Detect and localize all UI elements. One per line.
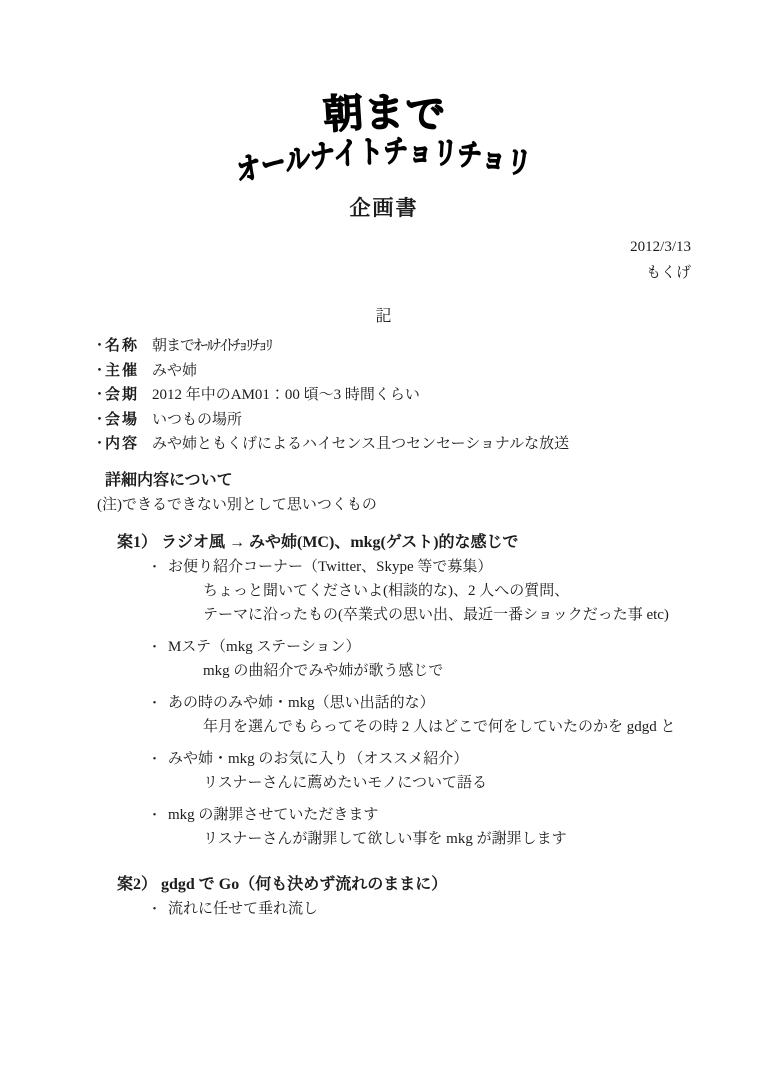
overview-row-name: ・ 名称 朝までｵｰﾙﾅｲﾄﾁｮﾘﾁｮﾘ [92, 334, 768, 359]
overview-value: みや姉ともくげによるハイセンス且つセンセーショナルな放送 [152, 432, 768, 457]
overview-row-content: ・ 内容 みや姉ともくげによるハイセンス且つセンセーショナルな放送 [92, 432, 768, 457]
plan-items: ・ お便り紹介コーナー（Twitter、Skype 等で募集） ちょっと聞いてく… [148, 555, 768, 851]
logo-graphic: 朝まで オールナイトチョリチョリ [214, 88, 554, 188]
item-main: ・ Mステ（mkg ステーション） [148, 635, 768, 659]
bullet-icon: ・ [92, 432, 105, 457]
logo: 朝まで オールナイトチョリチョリ [0, 0, 768, 188]
bullet-icon: ・ [148, 555, 168, 579]
item-subline: テーマに沿ったもの(卒業式の思い出、最近一番ショックだった事 etc) [203, 603, 768, 627]
doc-date: 2012/3/13 [0, 234, 691, 260]
item-main: ・ mkg の謝罪させていただきます [148, 803, 768, 827]
plan-title: 案1） ラジオ風 → みや姉(MC)、mkg(ゲスト)的な感じで [117, 531, 768, 555]
item-subline: 年月を選んでもらってその時 2 人はどこで何をしていたのかを gdgd と [203, 715, 768, 739]
item-main: ・ みや姉・mkg のお気に入り（オススメ紹介） [148, 747, 768, 771]
overview-value: いつもの場所 [152, 408, 768, 433]
plan-items: ・ 流れに任せて垂れ流し [148, 897, 768, 921]
logo-line2: オールナイトチョリチョリ [234, 133, 533, 190]
logo-line1: 朝まで [322, 90, 447, 139]
item-text: Mステ（mkg ステーション） [168, 635, 768, 659]
bullet-icon: ・ [148, 747, 168, 771]
item-text: あの時のみや姉・mkg（思い出話的な） [168, 691, 768, 715]
plan-item: ・ みや姉・mkg のお気に入り（オススメ紹介） リスナーさんに薦めたいモノにつ… [148, 747, 768, 795]
plan-title: 案2） gdgd で Go（何も決めず流れのままに） [117, 873, 768, 897]
meta-block: 2012/3/13 もくげ [0, 234, 768, 286]
overview-row-venue: ・ 会場 いつもの場所 [92, 408, 768, 433]
bullet-icon: ・ [148, 691, 168, 715]
record-mark: 記 [0, 306, 768, 328]
plan-item: ・ お便り紹介コーナー（Twitter、Skype 等で募集） ちょっと聞いてく… [148, 555, 768, 627]
item-subline: ちょっと聞いてくださいよ(相談的な)、2 人への質問、 [203, 579, 768, 603]
item-text: mkg の謝罪させていただきます [168, 803, 768, 827]
svg-text:朝まで: 朝まで [322, 90, 447, 139]
doc-author: もくげ [0, 260, 691, 286]
details-note: (注)できるできない別として思いつくもの [97, 493, 768, 517]
plan-1: 案1） ラジオ風 → みや姉(MC)、mkg(ゲスト)的な感じで ・ お便り紹介… [117, 531, 768, 851]
svg-text:オールナイトチョリチョリ: オールナイトチョリチョリ [234, 133, 533, 190]
item-text: 流れに任せて垂れ流し [168, 897, 768, 921]
overview-row-period: ・ 会期 2012 年中のAM01：00 頃～3 時間くらい [92, 383, 768, 408]
overview-label: 名称 [105, 334, 152, 359]
item-text: みや姉・mkg のお気に入り（オススメ紹介） [168, 747, 768, 771]
overview-value: 朝までｵｰﾙﾅｲﾄﾁｮﾘﾁｮﾘ [152, 334, 768, 359]
item-main: ・ お便り紹介コーナー（Twitter、Skype 等で募集） [148, 555, 768, 579]
overview-row-host: ・ 主催 みや姉 [92, 359, 768, 384]
item-text: お便り紹介コーナー（Twitter、Skype 等で募集） [168, 555, 768, 579]
plan-item: ・ Mステ（mkg ステーション） mkg の曲紹介でみや姉が歌う感じで [148, 635, 768, 683]
item-subline: mkg の曲紹介でみや姉が歌う感じで [203, 659, 768, 683]
bullet-icon: ・ [92, 359, 105, 384]
bullet-icon: ・ [92, 334, 105, 359]
bullet-icon: ・ [92, 383, 105, 408]
overview-label: 主催 [105, 359, 152, 384]
plan-item: ・ mkg の謝罪させていただきます リスナーさんが謝罪して欲しい事を mkg … [148, 803, 768, 851]
plan-2: 案2） gdgd で Go（何も決めず流れのままに） ・ 流れに任せて垂れ流し [117, 873, 768, 921]
details-heading: 詳細内容について [105, 469, 768, 493]
item-subline: リスナーさんに薦めたいモノについて語る [203, 771, 768, 795]
plan-item: ・ 流れに任せて垂れ流し [148, 897, 768, 921]
document-page: 朝まで オールナイトチョリチョリ 企画書 2012/3/13 もくげ 記 ・ 名… [0, 0, 768, 1087]
bullet-icon: ・ [148, 897, 168, 921]
page-title: 企画書 [0, 194, 768, 222]
bullet-icon: ・ [92, 408, 105, 433]
item-subline: リスナーさんが謝罪して欲しい事を mkg が謝罪します [203, 827, 768, 851]
overview-value: みや姉 [152, 359, 768, 384]
item-main: ・ あの時のみや姉・mkg（思い出話的な） [148, 691, 768, 715]
overview-label: 会期 [105, 383, 152, 408]
plan-item: ・ あの時のみや姉・mkg（思い出話的な） 年月を選んでもらってその時 2 人は… [148, 691, 768, 739]
overview-list: ・ 名称 朝までｵｰﾙﾅｲﾄﾁｮﾘﾁｮﾘ ・ 主催 みや姉 ・ 会期 2012 … [92, 334, 768, 457]
item-main: ・ 流れに任せて垂れ流し [148, 897, 768, 921]
overview-value: 2012 年中のAM01：00 頃～3 時間くらい [152, 383, 768, 408]
overview-label: 会場 [105, 408, 152, 433]
bullet-icon: ・ [148, 635, 168, 659]
bullet-icon: ・ [148, 803, 168, 827]
overview-label: 内容 [105, 432, 152, 457]
